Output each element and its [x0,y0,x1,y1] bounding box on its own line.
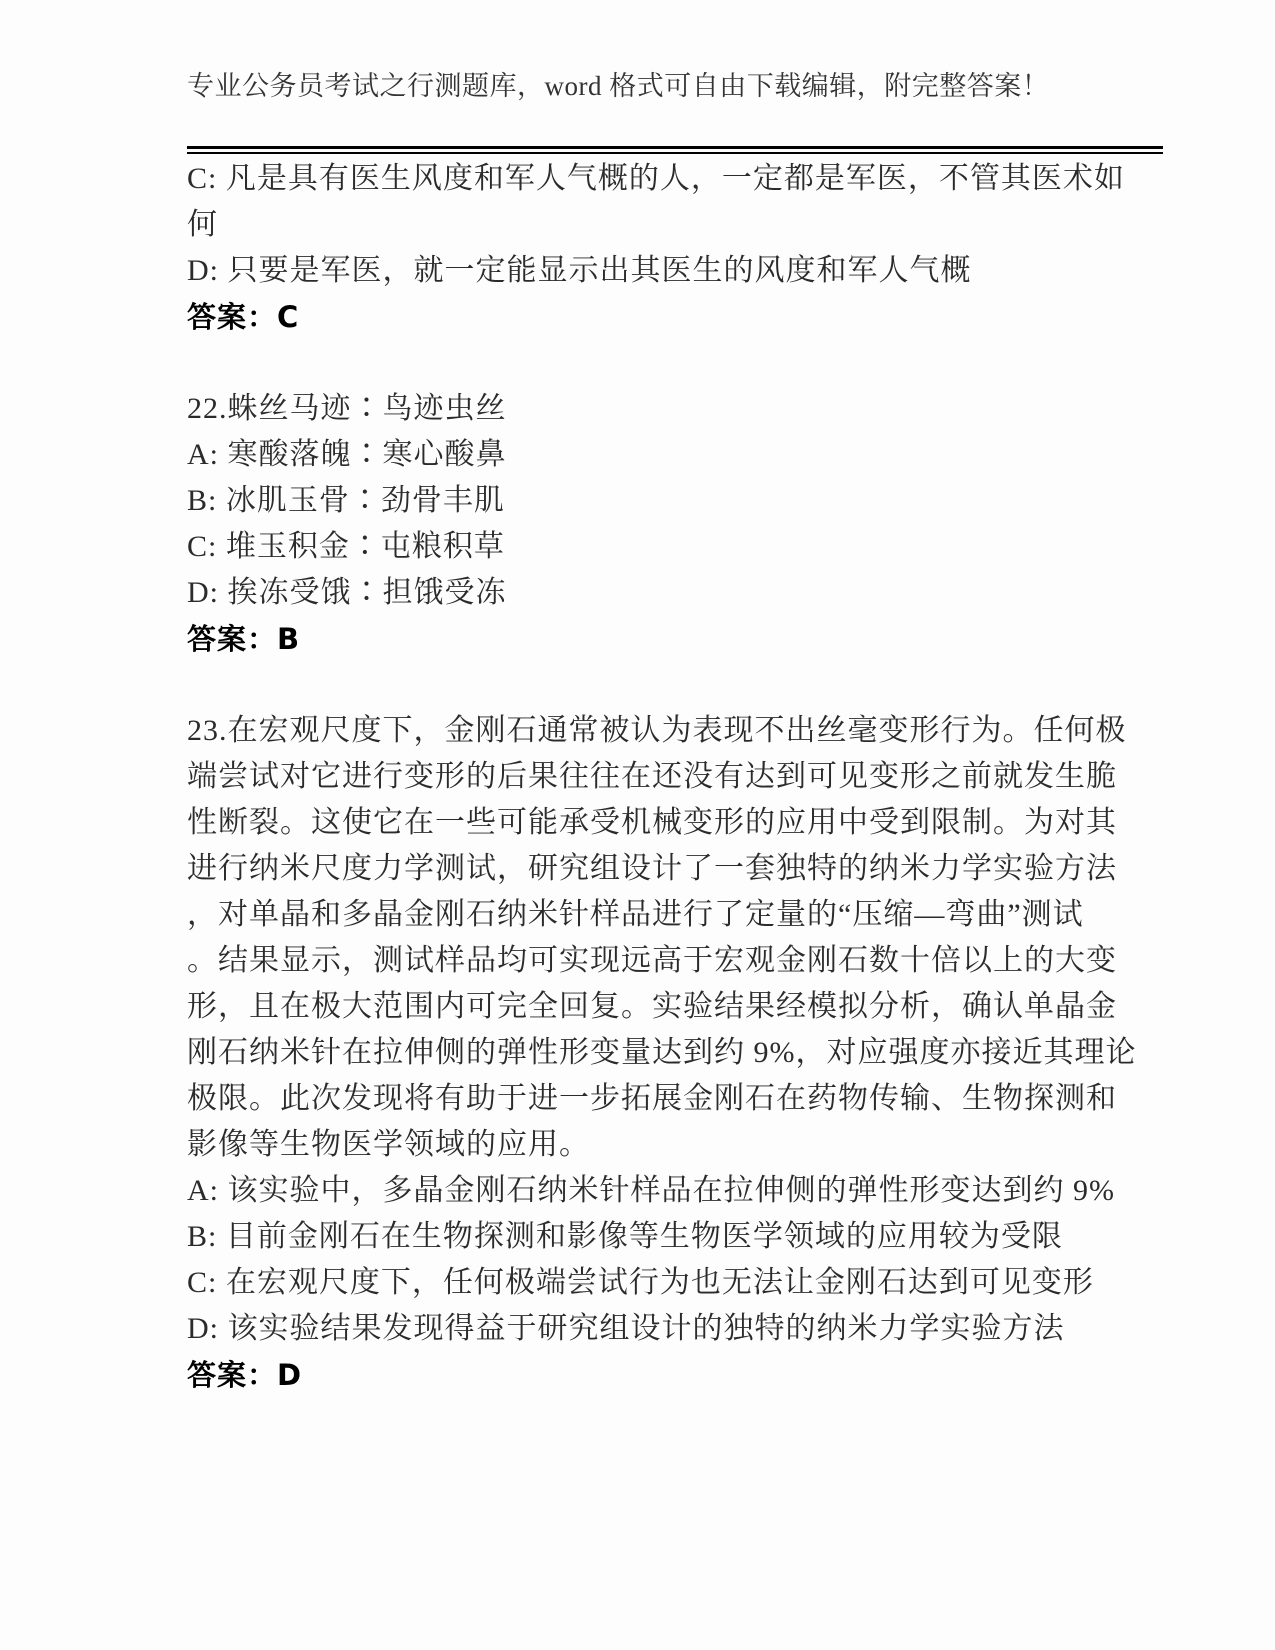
option-line: A: 该实验中，多晶金刚石纳米针样品在拉伸侧的弹性形变达到约 9% [187,1168,1163,1214]
question-text-line: 。结果显示，测试样品均可实现远高于宏观金刚石数十倍以上的大变 [187,938,1163,984]
question-block-21-partial: C: 凡是具有医生风度和军人气概的人，一定都是军医，不管其医术如何D: 只要是军… [187,156,1163,340]
answer-line: 答案：D [187,1352,1163,1398]
question-text-line: 23.在宏观尺度下，金刚石通常被认为表现不出丝毫变形行为。任何极 [187,708,1163,754]
question-text-line: 端尝试对它进行变形的后果往往在还没有达到可见变形之前就发生脆 [187,754,1163,800]
question-text-line: 何 [187,202,1163,248]
answer-label: 答案： [187,300,277,334]
option-line: D: 挨冻受饿∶担饿受冻 [187,570,1163,616]
question-text-line: 影像等生物医学领域的应用。 [187,1122,1163,1168]
question-text-line: 性断裂。这使它在一些可能承受机械变形的应用中受到限制。为对其 [187,800,1163,846]
question-text-line: ，对单晶和多晶金刚石纳米针样品进行了定量的“压缩—弯曲”测试 [187,892,1163,938]
answer-value: C [277,300,299,334]
option-line: C: 在宏观尺度下，任何极端尝试行为也无法让金刚石达到可见变形 [187,1260,1163,1306]
question-text-line: 极限。此次发现将有助于进一步拓展金刚石在药物传输、生物探测和 [187,1076,1163,1122]
question-block-22: 22.蛛丝马迹∶鸟迹虫丝A: 寒酸落魄∶寒心酸鼻B: 冰肌玉骨∶劲骨丰肌C: 堆… [187,386,1163,662]
answer-label: 答案： [187,1358,277,1392]
document-page: 专业公务员考试之行测题库，word 格式可自由下载编辑，附完整答案！ C: 凡是… [0,0,1275,1650]
option-line: B: 目前金刚石在生物探测和影像等生物医学领域的应用较为受限 [187,1214,1163,1260]
question-block-23: 23.在宏观尺度下，金刚石通常被认为表现不出丝毫变形行为。任何极端尝试对它进行变… [187,708,1163,1398]
answer-value: B [277,622,300,656]
option-line: C: 堆玉积金∶屯粮积草 [187,524,1163,570]
answer-value: D [277,1358,302,1392]
answer-line: 答案：C [187,294,1163,340]
page-header-title: 专业公务员考试之行测题库，word 格式可自由下载编辑，附完整答案！ [187,0,1163,102]
header-divider-rule [187,146,1163,154]
option-line: D: 只要是军医，就一定能显示出其医生的风度和军人气概 [187,248,1163,294]
page-margin-area: 专业公务员考试之行测题库，word 格式可自由下载编辑，附完整答案！ C: 凡是… [187,0,1163,1444]
question-text-line: 22.蛛丝马迹∶鸟迹虫丝 [187,386,1163,432]
question-text-line: 刚石纳米针在拉伸侧的弹性形变量达到约 9%，对应强度亦接近其理论 [187,1030,1163,1076]
option-line: A: 寒酸落魄∶寒心酸鼻 [187,432,1163,478]
answer-line: 答案：B [187,616,1163,662]
answer-label: 答案： [187,622,277,656]
option-line: B: 冰肌玉骨∶劲骨丰肌 [187,478,1163,524]
document-content: C: 凡是具有医生风度和军人气概的人，一定都是军医，不管其医术如何D: 只要是军… [187,156,1163,1398]
option-line: D: 该实验结果发现得益于研究组设计的独特的纳米力学实验方法 [187,1306,1163,1352]
option-line: C: 凡是具有医生风度和军人气概的人，一定都是军医，不管其医术如 [187,156,1163,202]
question-text-line: 形，且在极大范围内可完全回复。实验结果经模拟分析，确认单晶金 [187,984,1163,1030]
question-text-line: 进行纳米尺度力学测试，研究组设计了一套独特的纳米力学实验方法 [187,846,1163,892]
